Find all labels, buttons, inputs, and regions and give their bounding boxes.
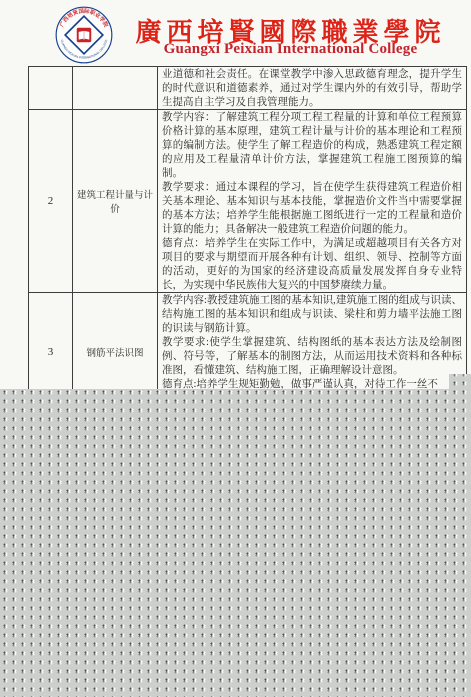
table-cell-row3-course: 钢筋平法识图 xyxy=(73,293,158,390)
table-cell-row2-content: 教学内容：了解建筑工程分项工程工程量的计算和单位工程预算价格计算的基本原理，建筑… xyxy=(158,110,466,293)
paragraph-teaching-content: 教学内容：了解建筑工程分项工程工程量的计算和单位工程预算价格计算的基本原理，建筑… xyxy=(162,111,462,181)
table-cell-row2-number: 2 xyxy=(29,110,73,293)
table-cell-row3-number: 3 xyxy=(29,293,73,390)
document-page: 广西培贤国际职业学院 GUANGXI PEIXIAN INTERNATIONAL… xyxy=(0,0,471,390)
paragraph-moral-education: 德育点:培养学生规矩勤勉，做事严谨认真，对待工作一丝不 xyxy=(162,378,462,390)
document-header: 广西培贤国际职业学院 GUANGXI PEIXIAN INTERNATIONAL… xyxy=(0,0,471,66)
table-cell-row2-course: 建筑工程计量与计价 xyxy=(73,110,158,293)
paragraph-moral-education: 德育点：培养学生在实际工作中，为满足或超越项目有关各方对项目的要求与期望而开展各… xyxy=(162,237,462,293)
paragraph: 业道德和社会责任。在课堂教学中渗入思政德育理念，提升学生的时代意识和道德素养，通… xyxy=(162,68,462,110)
screenshot-root: { "header": { "logo_icon": "college-seal… xyxy=(0,0,471,697)
paragraph-teaching-requirements: 教学要求:使学生掌握建筑、结构图纸的基本表达方法及绘制图例、符号等，了解基本的制… xyxy=(162,336,462,378)
table-cell-row1-number xyxy=(29,67,73,110)
college-seal-icon: 广西培贤国际职业学院 GUANGXI PEIXIAN INTERNATIONAL… xyxy=(55,6,113,64)
table-cell-row1-course xyxy=(73,67,158,110)
course-table: 业道德和社会责任。在课堂教学中渗入思政德育理念，提升学生的时代意识和道德素养，通… xyxy=(28,66,467,390)
table-cell-row3-content: 教学内容:教授建筑施工图的基本知识,建筑施工图的组成与识读、结构施工图的基本知识… xyxy=(158,293,466,390)
college-title-english: Guangxi Peixian International College xyxy=(118,41,463,58)
table-cell-row1-content: 业道德和社会责任。在课堂教学中渗入思政德育理念，提升学生的时代意识和道德素养，通… xyxy=(158,67,466,110)
paragraph-teaching-content: 教学内容:教授建筑施工图的基本知识,建筑施工图的组成与识读、结构施工图的基本知识… xyxy=(162,294,462,336)
paragraph-teaching-requirements: 教学要求：通过本课程的学习，旨在使学生获得建筑工程造价相关基本理论、基本知识与基… xyxy=(162,181,462,237)
